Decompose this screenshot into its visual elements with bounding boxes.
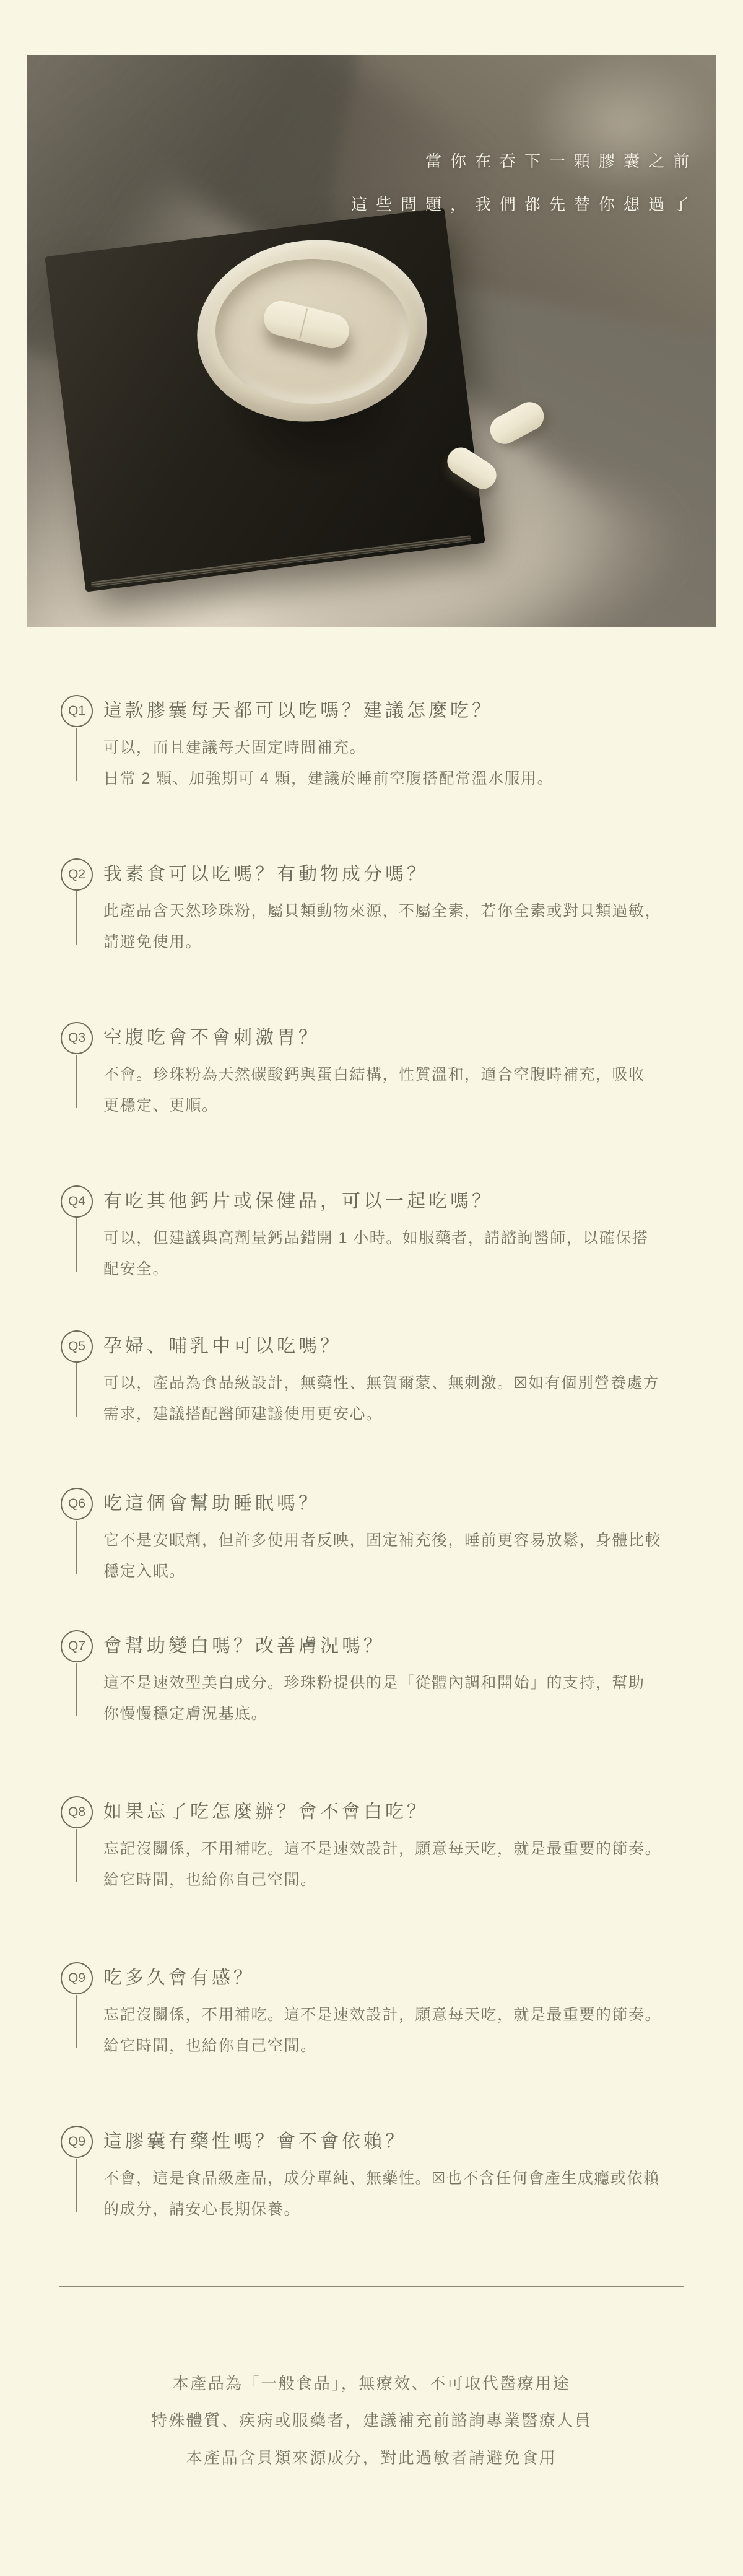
faq-page: 當你在吞下一顆膠囊之前 這些問題，我們都先替你想過了 Q1 這款膠囊每天都可以吃… [0,0,743,2576]
question-number-badge: Q9 [61,2126,93,2158]
answer-line1: 忘記沒關係，不用補吃。這不是速效設計，願意每天吃，就是最重要的節奏。 [103,2006,661,2024]
answer-line1: 不會。珍珠粉為天然碳酸鈣與蛋白結構，性質溫和，適合空腹時補充，吸收 [103,1066,645,1083]
question-number-badge: Q8 [61,1796,93,1828]
answer-line2: 更穩定、更順。 [103,1097,219,1114]
answer-line2: 日常 2 顆、加強期可 4 顆，建議於睡前空腹搭配常溫水服用。 [103,770,554,787]
question-number-label: Q7 [68,1639,85,1654]
question-content: 如果忘了吃怎麼辦？會不會白吃？ 忘記沒關係，不用補吃。這不是速效設計，願意每天吃… [103,1796,686,1895]
question-content: 這款膠囊每天都可以吃嗎？建議怎麼吃？ 可以，而且建議每天固定時間補充。 日常 2… [103,695,686,794]
question-title: 吃多久會有感？ [103,1962,686,1994]
question-title: 空腹吃會不會刺激胃？ [103,1022,686,1054]
hero-overlay-line1: 當你在吞下一顆膠囊之前 [351,139,698,183]
question-number-badge: Q7 [61,1630,93,1662]
question-content: 有吃其他鈣片或保健品，可以一起吃嗎？ 可以，但建議與高劑量鈣品錯開 1 小時。如… [103,1185,686,1285]
hero-photo: 當你在吞下一顆膠囊之前 這些問題，我們都先替你想過了 [27,55,716,627]
question-number-label: Q8 [68,1805,85,1820]
hero-overlay-line2: 這些問題，我們都先替你想過了 [351,183,698,226]
faq-item: Q5 孕婦、哺乳中可以吃嗎？ 可以，產品為食品級設計，無藥性、無賀爾蒙、無刺激。… [61,1330,686,1363]
question-number-badge: Q1 [61,695,93,727]
question-title: 這膠囊有藥性嗎？會不會依賴？ [103,2126,686,2158]
footer-line2: 特殊體質、疾病或服藥者，建議補充前諮詢專業醫療人員 [0,2402,743,2439]
question-number-badge: Q5 [61,1330,93,1363]
answer-line1: 此產品含天然珍珠粉，屬貝類動物來源，不屬全素，若你全素或對貝類過敏， [103,902,661,920]
question-connector-line [76,1218,77,1272]
question-content: 孕婦、哺乳中可以吃嗎？ 可以，產品為食品級設計，無藥性、無賀爾蒙、無刺激。☒如有… [103,1330,686,1430]
question-connector-line [76,1995,77,2048]
question-answer: 可以，而且建議每天固定時間補充。 日常 2 顆、加強期可 4 顆，建議於睡前空腹… [103,732,686,794]
question-number-badge: Q3 [61,1022,93,1054]
faq-item: Q4 有吃其他鈣片或保健品，可以一起吃嗎？ 可以，但建議與高劑量鈣品錯開 1 小… [61,1185,686,1218]
question-answer: 這不是速效型美白成分。珍珠粉提供的是「從體內調和開始」的支持，幫助 你慢慢穩定膚… [103,1667,686,1729]
faq-item: Q1 這款膠囊每天都可以吃嗎？建議怎麼吃？ 可以，而且建議每天固定時間補充。 日… [61,695,686,727]
question-content: 吃多久會有感？ 忘記沒關係，不用補吃。這不是速效設計，願意每天吃，就是最重要的節… [103,1962,686,2061]
answer-line2: 你慢慢穩定膚況基底。 [103,1705,267,1722]
question-title: 如果忘了吃怎麼辦？會不會白吃？ [103,1796,686,1828]
question-number-label: Q2 [68,867,85,882]
footer-disclaimer: 本產品為「一般食品」，無療效、不可取代醫療用途 特殊體質、疾病或服藥者，建議補充… [0,2365,743,2476]
question-answer: 忘記沒關係，不用補吃。這不是速效設計，願意每天吃，就是最重要的節奏。 給它時間，… [103,1833,686,1895]
answer-line2: 的成分，請安心長期保養。 [103,2201,300,2218]
question-connector-line [76,1829,77,1882]
question-title: 我素食可以吃嗎？有動物成分嗎？ [103,858,686,891]
faq-item: Q3 空腹吃會不會刺激胃？ 不會。珍珠粉為天然碳酸鈣與蛋白結構，性質溫和，適合空… [61,1022,686,1054]
question-number-label: Q1 [68,704,85,718]
answer-line2: 配安全。 [103,1260,169,1278]
question-title: 孕婦、哺乳中可以吃嗎？ [103,1330,686,1363]
faq-item: Q9 這膠囊有藥性嗎？會不會依賴？ 不會，這是食品級產品，成分單純、無藥性。☒也… [61,2126,686,2158]
question-content: 我素食可以吃嗎？有動物成分嗎？ 此產品含天然珍珠粉，屬貝類動物來源，不屬全素，若… [103,858,686,958]
answer-line1: 不會，這是食品級產品，成分單純、無藥性。☒也不含任何會產生成癮或依賴 [103,2170,659,2187]
footer-line1: 本產品為「一般食品」，無療效、不可取代醫療用途 [0,2365,743,2402]
question-connector-line [76,1363,77,1417]
question-content: 這膠囊有藥性嗎？會不會依賴？ 不會，這是食品級產品，成分單純、無藥性。☒也不含任… [103,2126,686,2225]
question-number-label: Q9 [68,1971,85,1986]
footer-line3: 本產品含貝類來源成分，對此過敏者請避免食用 [0,2439,743,2476]
question-connector-line [76,1055,77,1108]
question-number-badge: Q4 [61,1185,93,1218]
question-number-badge: Q9 [61,1962,93,1994]
answer-line2: 穩定入眠。 [103,1563,186,1580]
question-number-badge: Q6 [61,1488,93,1520]
faq-item: Q8 如果忘了吃怎麼辦？會不會白吃？ 忘記沒關係，不用補吃。這不是速效設計，願意… [61,1796,686,1828]
question-connector-line [76,728,77,781]
question-answer: 它不是安眠劑，但許多使用者反映，固定補充後，睡前更容易放鬆，身體比較 穩定入眠。 [103,1525,686,1587]
question-number-label: Q3 [68,1031,85,1046]
question-number-badge: Q2 [61,858,93,891]
answer-line1: 可以，產品為食品級設計，無藥性、無賀爾蒙、無刺激。☒如有個別營養處方 [103,1374,659,1392]
question-number-label: Q9 [68,2134,85,2149]
question-answer: 此產品含天然珍珠粉，屬貝類動物來源，不屬全素，若你全素或對貝類過敏， 請避免使用… [103,896,686,958]
faq-item: Q2 我素食可以吃嗎？有動物成分嗎？ 此產品含天然珍珠粉，屬貝類動物來源，不屬全… [61,858,686,891]
question-title: 吃這個會幫助睡眠嗎？ [103,1488,686,1520]
question-title: 有吃其他鈣片或保健品，可以一起吃嗎？ [103,1185,686,1218]
question-answer: 可以，產品為食品級設計，無藥性、無賀爾蒙、無刺激。☒如有個別營養處方 需求，建議… [103,1368,686,1430]
question-answer: 可以，但建議與高劑量鈣品錯開 1 小時。如服藥者，請諮詢醫師，以確保搭 配安全。 [103,1223,686,1285]
question-title: 會幫助變白嗎？改善膚況嗎？ [103,1630,686,1662]
answer-line2: 需求，建議搭配醫師建議使用更安心。 [103,1405,383,1423]
question-content: 會幫助變白嗎？改善膚況嗎？ 這不是速效型美白成分。珍珠粉提供的是「從體內調和開始… [103,1630,686,1729]
question-number-label: Q6 [68,1496,85,1511]
faq-item: Q6 吃這個會幫助睡眠嗎？ 它不是安眠劑，但許多使用者反映，固定補充後，睡前更容… [61,1488,686,1520]
answer-line1: 它不是安眠劑，但許多使用者反映，固定補充後，睡前更容易放鬆，身體比較 [103,1532,661,1549]
question-connector-line [76,1663,77,1716]
question-title: 這款膠囊每天都可以吃嗎？建議怎麼吃？ [103,695,686,727]
question-number-label: Q4 [68,1194,85,1209]
answer-line1: 這不是速效型美白成分。珍珠粉提供的是「從體內調和開始」的支持，幫助 [103,1674,645,1692]
answer-line2: 給它時間，也給你自己空間。 [103,1871,317,1888]
question-content: 空腹吃會不會刺激胃？ 不會。珍珠粉為天然碳酸鈣與蛋白結構，性質溫和，適合空腹時補… [103,1022,686,1121]
answer-line2: 給它時間，也給你自己空間。 [103,2037,317,2054]
question-answer: 不會，這是食品級產品，成分單純、無藥性。☒也不含任何會產生成癮或依賴 的成分，請… [103,2163,686,2225]
question-connector-line [76,2159,77,2212]
answer-line1: 忘記沒關係，不用補吃。這不是速效設計，願意每天吃，就是最重要的節奏。 [103,1840,661,1858]
question-answer: 不會。珍珠粉為天然碳酸鈣與蛋白結構，性質溫和，適合空腹時補充，吸收 更穩定、更順… [103,1059,686,1121]
hero-overlay-text: 當你在吞下一顆膠囊之前 這些問題，我們都先替你想過了 [351,139,698,226]
answer-line1: 可以，而且建議每天固定時間補充。 [103,739,366,756]
footer-divider [59,2286,684,2287]
question-content: 吃這個會幫助睡眠嗎？ 它不是安眠劑，但許多使用者反映，固定補充後，睡前更容易放鬆… [103,1488,686,1587]
question-connector-line [76,891,77,945]
answer-line2: 請避免使用。 [103,933,202,951]
faq-item: Q9 吃多久會有感？ 忘記沒關係，不用補吃。這不是速效設計，願意每天吃，就是最重… [61,1962,686,1994]
question-connector-line [76,1521,77,1574]
answer-line1: 可以，但建議與高劑量鈣品錯開 1 小時。如服藥者，請諮詢醫師，以確保搭 [103,1229,648,1247]
question-answer: 忘記沒關係，不用補吃。這不是速效設計，願意每天吃，就是最重要的節奏。 給它時間，… [103,1999,686,2061]
question-number-label: Q5 [68,1339,85,1354]
faq-item: Q7 會幫助變白嗎？改善膚況嗎？ 這不是速效型美白成分。珍珠粉提供的是「從體內調… [61,1630,686,1662]
